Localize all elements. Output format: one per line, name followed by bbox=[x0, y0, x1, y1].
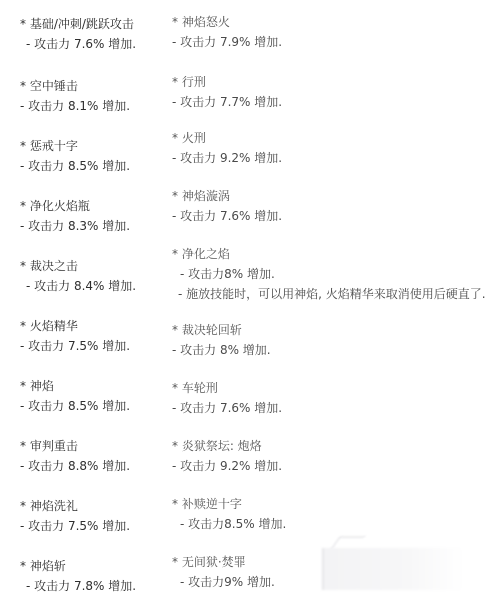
skill-entry: * 火焰精华 - 攻击力 7.5% 增加. bbox=[20, 316, 130, 356]
skill-name: * 神焰斩 bbox=[20, 556, 136, 576]
skill-desc: - 攻击力 8.5% 增加. bbox=[20, 396, 130, 416]
skill-entry: * 基础/冲刺/跳跃攻击 - 攻击力 7.6% 增加. bbox=[20, 14, 136, 54]
skill-entry: * 车轮刑 - 攻击力 7.6% 增加. bbox=[172, 378, 282, 418]
skill-entry: * 神焰 - 攻击力 8.5% 增加. bbox=[20, 376, 130, 416]
faded-watermark-card bbox=[322, 548, 464, 590]
skill-name: * 无间狱·焚罪 bbox=[172, 552, 275, 572]
skill-desc: - 攻击力 8.3% 增加. bbox=[20, 216, 130, 236]
skill-entry: * 裁决之击 - 攻击力 8.4% 增加. bbox=[20, 256, 136, 296]
skill-entry: * 净化之焰 - 攻击力8% 增加. - 施放技能时，可以用神焰, 火焰精华来取… bbox=[172, 244, 486, 304]
skill-name: * 神焰 bbox=[20, 376, 130, 396]
skill-entry: * 神焰漩涡 - 攻击力 7.6% 增加. bbox=[172, 186, 282, 226]
skill-desc: - 攻击力 8.4% 增加. bbox=[20, 276, 136, 296]
skill-name: * 火刑 bbox=[172, 128, 282, 148]
skill-desc: - 攻击力 8.8% 增加. bbox=[20, 456, 130, 476]
skill-name: * 车轮刑 bbox=[172, 378, 282, 398]
skill-desc: - 攻击力 9.2% 增加. bbox=[172, 148, 282, 168]
skill-note: - 施放技能时，可以用神焰, 火焰精华来取消使用后硬直了. bbox=[172, 284, 486, 304]
skill-desc: - 攻击力 7.5% 增加. bbox=[20, 336, 130, 356]
skill-name: * 审判重击 bbox=[20, 436, 130, 456]
skill-desc: - 攻击力 8.5% 增加. bbox=[20, 156, 130, 176]
skill-entry: * 空中锤击 - 攻击力 8.1% 增加. bbox=[20, 76, 130, 116]
skill-name: * 火焰精华 bbox=[20, 316, 130, 336]
skill-name: * 基础/冲刺/跳跃攻击 bbox=[20, 14, 136, 34]
skill-desc: - 攻击力 7.7% 增加. bbox=[172, 92, 282, 112]
skill-desc: - 攻击力 7.6% 增加. bbox=[172, 206, 282, 226]
skill-desc: - 攻击力9% 增加. bbox=[172, 572, 275, 592]
skill-entry: * 神焰斩 - 攻击力 7.8% 增加. bbox=[20, 556, 136, 596]
skill-desc: - 攻击力 7.6% 增加. bbox=[172, 398, 282, 418]
skill-entry: * 净化火焰瓶 - 攻击力 8.3% 增加. bbox=[20, 196, 130, 236]
skill-desc: - 攻击力8% 增加. bbox=[172, 264, 486, 284]
skill-name: * 补赎逆十字 bbox=[172, 494, 286, 514]
skill-name: * 裁决轮回斩 bbox=[172, 320, 271, 340]
skill-entry: * 审判重击 - 攻击力 8.8% 增加. bbox=[20, 436, 130, 476]
skill-entry: * 神焰洗礼 - 攻击力 7.5% 增加. bbox=[20, 496, 130, 536]
skill-name: * 神焰漩涡 bbox=[172, 186, 282, 206]
skill-entry: * 炎狱祭坛: 炮烙 - 攻击力 9.2% 增加. bbox=[172, 436, 282, 476]
skill-name: * 空中锤击 bbox=[20, 76, 130, 96]
skill-name: * 行刑 bbox=[172, 72, 282, 92]
skill-desc: - 攻击力 7.6% 增加. bbox=[20, 34, 136, 54]
skill-entry: * 无间狱·焚罪 - 攻击力9% 增加. bbox=[172, 552, 275, 592]
skill-name: * 净化火焰瓶 bbox=[20, 196, 130, 216]
skill-desc: - 攻击力 7.8% 增加. bbox=[20, 576, 136, 596]
skill-desc: - 攻击力 7.9% 增加. bbox=[172, 32, 282, 52]
skill-name: * 净化之焰 bbox=[172, 244, 486, 264]
skill-desc: - 攻击力 9.2% 增加. bbox=[172, 456, 282, 476]
skill-name: * 裁决之击 bbox=[20, 256, 136, 276]
skill-entry: * 惩戒十字 - 攻击力 8.5% 增加. bbox=[20, 136, 130, 176]
skill-entry: * 裁决轮回斩 - 攻击力 8% 增加. bbox=[172, 320, 271, 360]
skill-desc: - 攻击力8.5% 增加. bbox=[172, 514, 286, 534]
skill-entry: * 神焰怒火 - 攻击力 7.9% 增加. bbox=[172, 12, 282, 52]
skill-name: * 神焰洗礼 bbox=[20, 496, 130, 516]
skill-name: * 炎狱祭坛: 炮烙 bbox=[172, 436, 282, 456]
skill-desc: - 攻击力 7.5% 增加. bbox=[20, 516, 130, 536]
skill-name: * 惩戒十字 bbox=[20, 136, 130, 156]
skill-entry: * 补赎逆十字 - 攻击力8.5% 增加. bbox=[172, 494, 286, 534]
skill-entry: * 火刑 - 攻击力 9.2% 增加. bbox=[172, 128, 282, 168]
skill-desc: - 攻击力 8.1% 增加. bbox=[20, 96, 130, 116]
skill-entry: * 行刑 - 攻击力 7.7% 增加. bbox=[172, 72, 282, 112]
skill-name: * 神焰怒火 bbox=[172, 12, 282, 32]
skill-desc: - 攻击力 8% 增加. bbox=[172, 340, 271, 360]
